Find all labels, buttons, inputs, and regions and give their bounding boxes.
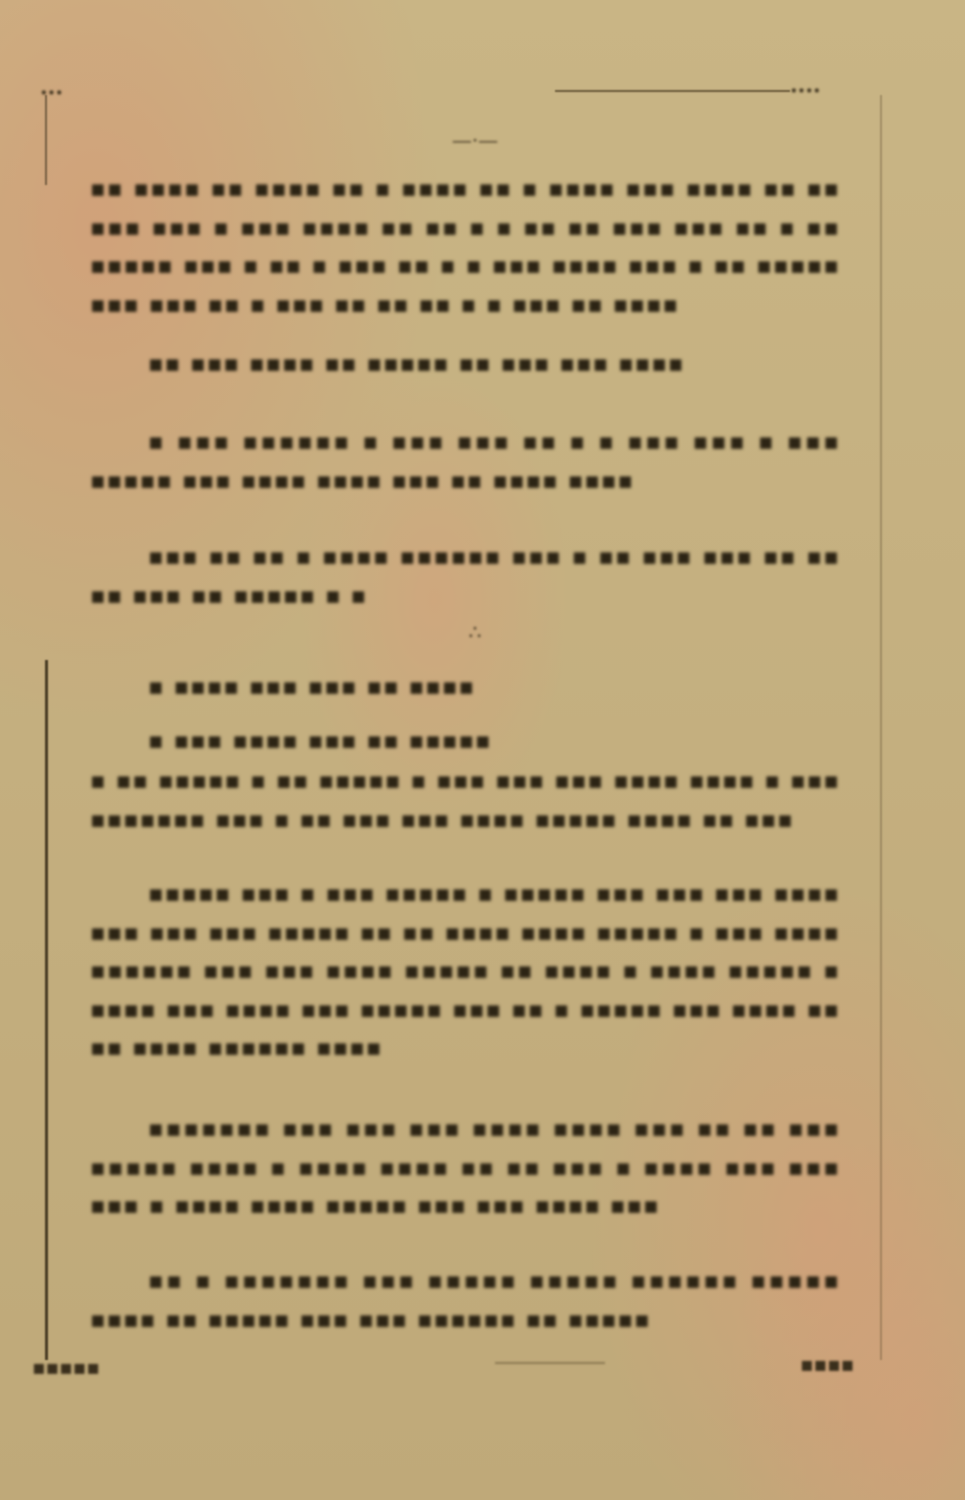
margin-line-right bbox=[880, 95, 882, 1360]
paragraph-1: ▪▪ ▪▪▪▪ ▪▪ ▪▪▪▪ ▪▪ ▪ ▪▪▪▪ ▪▪ ▪ ▪▪▪▪ ▪▪▪ … bbox=[90, 170, 840, 324]
footer-signature-left: ▪▪▪▪▪ bbox=[32, 1355, 100, 1379]
running-head-right: ···· bbox=[790, 78, 821, 104]
paragraph-6: ▪▪▪▪▪ ▪▪▪ ▪ ▪▪▪ ▪▪▪▪▪ ▪ ▪▪▪▪▪ ▪▪▪ ▪▪▪ ▪▪… bbox=[90, 875, 840, 1068]
paragraph-4: ▪▪▪ ▪▪ ▪▪ ▪ ▪▪▪▪ ▪▪▪▪▪▪ ▪▪▪ ▪ ▪▪ ▪▪▪ ▪▪▪… bbox=[90, 538, 840, 615]
paragraph-5: ▪ ▪▪ ▪▪▪▪▪ ▪ ▪▪ ▪▪▪▪▪ ▪ ▪▪▪ ▪▪▪ ▪▪▪ ▪▪▪▪… bbox=[90, 762, 840, 839]
heading-line-1: ▪ ▪▪▪▪ ▪▪▪ ▪▪▪ ▪▪ ▪▪▪▪ bbox=[90, 668, 840, 707]
scanned-page: ··· ···· —·— ▪▪ ▪▪▪▪ ▪▪ ▪▪▪▪ ▪▪ ▪ ▪▪▪▪ ▪… bbox=[0, 0, 965, 1500]
paragraph-7: ▪▪▪▪▪▪▪ ▪▪▪ ▪▪▪ ▪▪▪ ▪▪▪▪ ▪▪▪▪ ▪▪▪ ▪▪ ▪▪ … bbox=[90, 1110, 840, 1226]
section-ornament-middle: ∴ bbox=[435, 620, 515, 644]
margin-line-left-top bbox=[45, 95, 47, 185]
paragraph-8: ▪▪ ▪ ▪▪▪▪▪▪▪ ▪▪▪ ▪▪▪▪▪ ▪▪▪▪▪ ▪▪▪▪▪▪ ▪▪▪▪… bbox=[90, 1262, 840, 1339]
footer-rule bbox=[495, 1362, 605, 1364]
paragraph-3: ▪ ▪▪▪ ▪▪▪▪▪▪ ▪ ▪▪▪ ▪▪▪ ▪▪ ▪ ▪ ▪▪▪ ▪▪▪ ▪ … bbox=[90, 423, 840, 500]
paragraph-2: ▪▪ ▪▪▪ ▪▪▪▪ ▪▪ ▪▪▪▪▪ ▪▪ ▪▪▪ ▪▪▪ ▪▪▪▪ bbox=[90, 345, 840, 384]
heading-line-2: ▪ ▪▪▪ ▪▪▪▪ ▪▪▪ ▪▪ ▪▪▪▪▪ bbox=[90, 722, 840, 761]
section-ornament-top: —·— bbox=[435, 128, 515, 152]
running-head-left: ··· bbox=[40, 80, 63, 106]
header-rule bbox=[555, 90, 790, 92]
footer-signature-right: ▪▪▪▪ bbox=[800, 1352, 854, 1376]
margin-line-left bbox=[45, 660, 48, 1360]
